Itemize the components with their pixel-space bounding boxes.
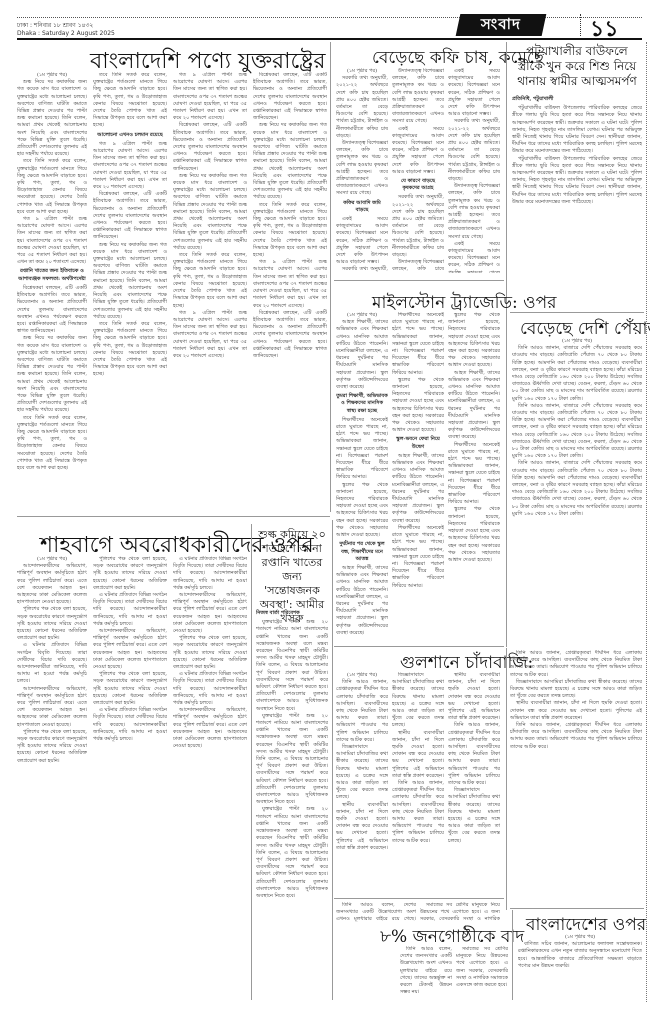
article-shahbag-col-2: পুলিশের পক্ষ থেকে বলা হয়েছে, সড়ক অবরোধ…: [93, 556, 167, 996]
section-divider: [334, 898, 504, 899]
article-paragraph: স্কুলের পক্ষ থেকে জানানো হয়েছে, নিহতদের…: [448, 506, 500, 564]
article-subhead: স্কুল-ভবনে ফেরা নিয়ে উদ্বেগ: [392, 436, 444, 450]
masthead-dotted-rule: [17, 17, 642, 18]
article-paragraph: পুলিশের পক্ষ থেকে বলা হয়েছে, সড়ক অবরোধ…: [17, 606, 87, 642]
article-shahbag-col-3: এ ঘটনার প্রতিবাদে বিভিন্ন সংগঠন বিবৃতি দ…: [173, 556, 247, 996]
date-bangla: ঢাকা : শনিবার ১৮ শ্রাবণ ১৪৩২: [17, 22, 115, 30]
column-divider: [506, 648, 507, 910]
masthead-rule: [17, 38, 642, 40]
article-paragraph: শিক্ষার্থীদের অনেকেই রাতে ঘুমাতে পারছে ন…: [392, 312, 444, 377]
newspaper-logo: সংবাদ: [456, 14, 547, 36]
article-paragraph: তিনি আরও জানান, গ্রেপ্তারকৃতরা দীর্ঘদিন …: [510, 722, 642, 751]
article-paragraph: আহত শিক্ষার্থী, তাদের অভিভাবক এবং শিক্ষক…: [448, 370, 500, 442]
article-paragraph: তিনি আরও জানান, গ্রেপ্তারকৃতরা দীর্ঘদিন …: [448, 722, 500, 787]
article-paragraph: সরকারি তথ্য অনুযায়ী, ২০২১-২২ অর্থবছরে দ…: [392, 194, 444, 259]
article-paragraph: একই সময়ে কাজুবাদামের আবাদ কমেছে। বিশেষজ…: [448, 68, 500, 118]
article-paragraph: স্কুলের পক্ষ থেকে জানানো হয়েছে, নিহতদের…: [392, 377, 444, 435]
article-us-tariff-col-4: বিশ্লেষকরা বলছেন, এটি একটি ইতিবাচক অগ্রগ…: [253, 72, 327, 512]
article-gulshan-col-4: তিনি আরও জানান, গ্রেপ্তারকৃতরা দীর্ঘদিন …: [510, 650, 642, 905]
article-paragraph: সরকারি তথ্য অনুযায়ী, ২০২১-২২ অর্থবছরে দ…: [448, 118, 500, 183]
article-paragraph: এ ঘটনার প্রতিবাদে বিভিন্ন সংগঠন বিবৃতি দ…: [17, 642, 87, 685]
article-subhead: দুর্ঘটনার পর থেকে স্কুল বন্ধ, শিক্ষার্থী…: [336, 541, 388, 563]
article-paragraph: বাণিজ্য সচিব জানান, আলোচনার ফলাফল সন্তোষ…: [518, 941, 642, 970]
article-paragraph: আন্দোলনকারীদের অভিযোগ, শান্তিপূর্ণ অবস্থ…: [173, 592, 247, 635]
article-bangladesh-on: (১ম পৃষ্ঠার পর) বাণিজ্য সচিব জানান, আলোচ…: [518, 934, 642, 1000]
continued-from-label: (১ম পৃষ্ঠার পর): [17, 72, 87, 79]
article-subhead: যে কারণে বাড়ছে কৃষকদের আগ্রহ: [392, 178, 444, 192]
article-paragraph: বিশ্লেষকরা বলছেন, এটি একটি ইতিবাচক অগ্রগ…: [93, 191, 167, 241]
article-paragraph: তিনি আরও জানান, গ্রেপ্তারকৃতরা দীর্ঘদিন …: [336, 679, 388, 744]
article-paragraph: তিনি আরও বলেন, দেশের জনসংখ্যার একটি উল্ল…: [400, 946, 452, 996]
article-paragraph: আন্দোলনকারীদের অভিযোগ, শান্তিপূর্ণ অবস্থ…: [173, 707, 247, 750]
article-paragraph: জিজ্ঞাসাবাদে আসামিরা চাঁদাবাজির কথা স্বী…: [392, 672, 444, 730]
headline-patuakhali: পটুয়াখালীর বাউফলে স্ত্রীকে খুন করে শিশু…: [512, 44, 642, 89]
article-paragraph: আহত শিক্ষার্থী, তাদের অভিভাবক এবং শিক্ষক…: [336, 319, 388, 391]
article-paragraph: সরকারি তথ্য অনুযায়ী, ২০২১-২২ অর্থবছরে দ…: [336, 266, 388, 273]
article-paragraph: তবে তিনি সতর্ক করে বলেন, যুক্তরাষ্ট্রের …: [17, 415, 87, 473]
article-us-tariff-col-1: (১ম পৃষ্ঠার পর) শুল্ক নিয়ে দর কষাকষির জ…: [17, 72, 87, 512]
article-paragraph: স্থানীয় ব্যবসায়ীরা জানান, চাঁদা না দিল…: [448, 672, 500, 722]
column-divider: [332, 520, 333, 1000]
article-milestone-col-1: (১ম পৃষ্ঠার পর) আহত শিক্ষার্থী, তাদের অভ…: [336, 312, 388, 637]
article-paragraph: শুল্ক নিয়ে দর কষাকষির জন্য গত কয়েক মাস…: [93, 242, 167, 321]
article-subhead: রপ্তানি খাতের জন্য ইতিবাচক ও আশাব্যঞ্জক …: [17, 268, 87, 282]
article-gulshan-col-2: জিজ্ঞাসাবাদে আসামিরা চাঁদাবাজির কথা স্বী…: [392, 672, 444, 892]
article-paragraph: পুলিশের পক্ষ থেকে বলা হয়েছে, সড়ক অবরোধ…: [93, 556, 167, 592]
article-paragraph: তিনি আরও জানান, বাজারে দেশি পেঁয়াজের সর…: [512, 403, 642, 461]
article-onion: (১ম পৃষ্ঠার পর) তিনি আরও জানান, বাজারে দ…: [512, 338, 642, 643]
article-paragraph: আন্দোলনকারীদের অভিযোগ, শান্তিপূর্ণ অবস্থ…: [17, 563, 87, 606]
column-divider: [512, 910, 513, 1000]
page-number-divider: [580, 14, 581, 36]
article-paragraph: স্থানীয় ব্যবসায়ীরা জানান, চাঁদা না দিল…: [336, 802, 388, 852]
article-paragraph: এ ঘটনার প্রতিবাদে বিভিন্ন সংগঠন বিবৃতি দ…: [173, 671, 247, 707]
article-eight-percent-col-1: তিনি আরও বলেন, দেশের জনসংখ্যার একটি উল্ল…: [400, 946, 452, 1002]
section-divider: [510, 908, 644, 909]
article-paragraph: শুল্ক নিয়ে দর কষাকষির জন্য গত কয়েক মাস…: [17, 79, 87, 158]
article-paragraph: তবে তিনি সতর্ক করে বলেন, যুক্তরাষ্ট্রের …: [253, 202, 327, 260]
article-paragraph: বিশ্লেষকরা বলছেন, এটি একটি ইতিবাচক অগ্রগ…: [253, 310, 327, 360]
dateline: ঢাকা : শনিবার ১৮ শ্রাবণ ১৪৩২ Dhaka : Sat…: [17, 22, 115, 38]
article-paragraph: সমাজের সব শ্রেণির মানুষকে নিয়ে উন্নয়নে…: [420, 902, 500, 922]
column-divider: [330, 42, 331, 512]
article-paragraph: শিক্ষার্থীদের অনেকেই রাতে ঘুমাতে পারছে ন…: [392, 525, 444, 590]
article-paragraph: তিনি আরও জানান, বাজারে দেশি পেঁয়াজের সর…: [512, 345, 642, 403]
article-paragraph: বিশ্লেষকরা বলছেন, এটি একটি ইতিবাচক অগ্রগ…: [173, 122, 247, 172]
article-paragraph: গত ৯ এপ্রিল পাল্টা শুল্ক আরোপের ঘোষণা আস…: [173, 310, 247, 360]
article-eight-percent-col-2: সমাজের সব শ্রেণির মানুষকে নিয়ে উন্নয়নে…: [456, 946, 508, 1002]
column-divider: [251, 524, 252, 1000]
article-paragraph: যুক্তরাষ্ট্রের পাল্টা শুল্ক ২০ শতাংশে না…: [256, 806, 328, 900]
article-paragraph: স্থানীয় ব্যবসায়ীরা জানান, চাঁদা না দিল…: [392, 730, 444, 780]
continued-from-label: (১ম পৃষ্ঠার পর): [336, 672, 388, 679]
article-paragraph: তবে তিনি সতর্ক করে বলেন, যুক্তরাষ্ট্রের …: [93, 72, 167, 130]
byline: নিজস্ব বার্তা পরিবেশক: [256, 610, 328, 617]
article-gulshan-col-1: (১ম পৃষ্ঠার পর) তিনি আরও জানান, গ্রেপ্তা…: [336, 672, 388, 892]
article-paragraph: উদ্যানতত্ত্ব বিশেষজ্ঞরা বলছেন, কফি চাষে …: [392, 68, 444, 126]
article-milestone-col-3: স্কুলের পক্ষ থেকে জানানো হয়েছে, নিহতদের…: [448, 312, 500, 637]
article-paragraph: গত ৯ এপ্রিল পাল্টা শুল্ক আরোপের ঘোষণা আস…: [17, 216, 87, 266]
article-paragraph: আহত শিক্ষার্থী, তাদের অভিভাবক এবং শিক্ষক…: [392, 453, 444, 525]
article-coffee-col-3: একই সময়ে কাজুবাদামের আবাদ কমেছে। বিশেষজ…: [448, 68, 500, 273]
article-paragraph: জিজ্ঞাসাবাদে আসামিরা চাঁদাবাজির কথা স্বী…: [336, 744, 388, 802]
article-paragraph: স্কুলের পক্ষ থেকে জানানো হয়েছে, নিহতদের…: [336, 482, 388, 540]
article-paragraph: পটুয়াখালীর বাউফল উপজেলায় পারিবারিক কলহ…: [512, 156, 642, 206]
logo-text: সংবাদ: [481, 13, 521, 38]
article-paragraph: এ ঘটনার প্রতিবাদে বিভিন্ন সংগঠন বিবৃতি দ…: [173, 556, 247, 592]
article-paragraph: তিনি আরও জানান, গ্রেপ্তারকৃতরা দীর্ঘদিন …: [510, 650, 642, 679]
article-paragraph: উদ্যানতত্ত্ব বিশেষজ্ঞরা বলছেন, কফি চাষে …: [448, 183, 500, 241]
article-paragraph: শিক্ষার্থীদের অনেকেই রাতে ঘুমাতে পারছে ন…: [448, 442, 500, 507]
article-paragraph: তবে তিনি সতর্ক করে বলেন, যুক্তরাষ্ট্রের …: [93, 321, 167, 379]
section-divider: [334, 280, 504, 281]
article-eight-percent-lead-2: সমাজের সব শ্রেণির মানুষকে নিয়ে উন্নয়নে…: [420, 902, 500, 922]
article-patuakhali: প্রতিনিধি, পটুয়াখালী পটুয়াখালীর বাউফল …: [512, 94, 642, 304]
article-milestone-col-2: শিক্ষার্থীদের অনেকেই রাতে ঘুমাতে পারছে ন…: [392, 312, 444, 637]
column-divider: [506, 42, 507, 647]
article-paragraph: শিক্ষার্থীদের অনেকেই রাতে ঘুমাতে পারছে ন…: [336, 417, 388, 482]
article-paragraph: জিজ্ঞাসাবাদে আসামিরা চাঁদাবাজির কথা স্বী…: [448, 787, 500, 845]
article-paragraph: যুক্তরাষ্ট্রের পাল্টা শুল্ক ২০ শতাংশে না…: [256, 619, 328, 713]
article-us-tariff-col-3: গত ৯ এপ্রিল পাল্টা শুল্ক আরোপের ঘোষণা আস…: [173, 72, 247, 512]
article-paragraph: আন্দোলনকারীদের অভিযোগ, শান্তিপূর্ণ অবস্থ…: [17, 686, 87, 729]
article-paragraph: তবে তিনি সতর্ক করে বলেন, যুক্তরাষ্ট্রের …: [173, 252, 247, 310]
article-paragraph: শুল্ক নিয়ে দর কষাকষির জন্য গত কয়েক মাস…: [253, 122, 327, 201]
article-paragraph: বিশ্লেষকরা বলছেন, এটি একটি ইতিবাচক অগ্রগ…: [17, 285, 87, 335]
article-paragraph: পুলিশের পক্ষ থেকে বলা হয়েছে, সড়ক অবরোধ…: [17, 729, 87, 765]
continued-from-label: (১ম পৃষ্ঠার পর): [518, 934, 642, 941]
article-paragraph: শুল্ক নিয়ে দর কষাকষির জন্য গত কয়েক মাস…: [17, 335, 87, 414]
article-paragraph: গত ৯ এপ্রিল পাল্টা শুল্ক আরোপের ঘোষণা আস…: [253, 259, 327, 309]
article-coffee-col-1: (১ম পৃষ্ঠার পর) সরকারি তথ্য অনুযায়ী, ২০…: [336, 68, 388, 273]
article-paragraph: বিশ্লেষকরা বলছেন, এটি একটি ইতিবাচক অগ্রগ…: [253, 72, 327, 122]
section-divider: [334, 646, 504, 647]
article-paragraph: পুলিশের পক্ষ থেকে বলা হয়েছে, সড়ক অবরোধ…: [93, 671, 167, 707]
article-tariff-relief: নিজস্ব বার্তা পরিবেশক যুক্তরাষ্ট্রের পাল…: [256, 608, 328, 998]
article-paragraph: আহত শিক্ষার্থী, তাদের অভিভাবক এবং শিক্ষক…: [336, 565, 388, 637]
article-eight-percent-lead: তিনি আরও বলেন, দেশের জনসংখ্যার একটি উল্ল…: [336, 902, 416, 922]
article-gulshan-col-3: স্থানীয় ব্যবসায়ীরা জানান, চাঁদা না দিল…: [448, 672, 500, 892]
byline: প্রতিনিধি, পটুয়াখালী: [512, 96, 642, 103]
article-paragraph: শুল্ক নিয়ে দর কষাকষির জন্য গত কয়েক মাস…: [173, 173, 247, 252]
article-paragraph: এ ঘটনার প্রতিবাদে বিভিন্ন সংগঠন বিবৃতি দ…: [93, 592, 167, 628]
article-paragraph: জিজ্ঞাসাবাদে আসামিরা চাঁদাবাজির কথা স্বী…: [510, 679, 642, 701]
article-paragraph: সমাজের সব শ্রেণির মানুষকে নিয়ে উন্নয়নে…: [456, 946, 508, 989]
article-paragraph: সরকারি তথ্য অনুযায়ী, ২০২১-২২ অর্থবছরে দ…: [336, 75, 388, 140]
article-paragraph: গত ৯ এপ্রিল পাল্টা শুল্ক আরোপের ঘোষণা আস…: [173, 72, 247, 122]
article-paragraph: একই সময়ে কাজুবাদামের আবাদ কমেছে। বিশেষজ…: [336, 216, 388, 266]
article-paragraph: তিনি আরও বলেন, দেশের জনসংখ্যার একটি উল্ল…: [336, 902, 416, 922]
article-paragraph: তিনি আরও জানান, গ্রেপ্তারকৃতরা দীর্ঘদিন …: [392, 780, 444, 845]
article-paragraph: তবে তিনি সতর্ক করে বলেন, যুক্তরাষ্ট্রের …: [17, 158, 87, 216]
article-us-tariff-col-2: তবে তিনি সতর্ক করে বলেন, যুক্তরাষ্ট্রের …: [93, 72, 167, 512]
section-divider: [17, 516, 330, 517]
article-paragraph: পুলিশের পক্ষ থেকে বলা হয়েছে, সড়ক অবরোধ…: [173, 635, 247, 671]
article-paragraph: উদ্যানতত্ত্ব বিশেষজ্ঞরা বলছেন, কফি চাষে …: [336, 140, 388, 198]
article-subhead: তুমরা শিক্ষার্থী, অভিভাবক ও শিক্ষকদের মা…: [336, 393, 388, 415]
article-paragraph: যুক্তরাষ্ট্রের পাল্টা শুল্ক ২০ শতাংশে না…: [256, 713, 328, 807]
article-coffee-col-2: উদ্যানতত্ত্ব বিশেষজ্ঞরা বলছেন, কফি চাষে …: [392, 68, 444, 273]
article-paragraph: এ ঘটনার প্রতিবাদে বিভিন্ন সংগঠন বিবৃতি দ…: [93, 707, 167, 743]
date-english: Dhaka : Saturday 2 August 2025: [17, 30, 115, 38]
article-paragraph: উদ্যানতত্ত্ব বিশেষজ্ঞরা বলছেন, কফি চাষে …: [392, 259, 444, 273]
article-paragraph: পটুয়াখালীর বাউফল উপজেলায় পারিবারিক কলহ…: [512, 105, 642, 155]
article-paragraph: আন্দোলনকারীদের অভিযোগ, শান্তিপূর্ণ অবস্থ…: [93, 628, 167, 671]
article-paragraph: একই সময়ে কাজুবাদামের আবাদ কমেছে। বিশেষজ…: [448, 241, 500, 273]
article-paragraph: গত ৯ এপ্রিল পাল্টা শুল্ক আরোপের ঘোষণা আস…: [93, 141, 167, 191]
article-paragraph: তিনি আরও জানান, বাজারে দেশি পেঁয়াজের সর…: [512, 460, 642, 518]
article-paragraph: স্থানীয় ব্যবসায়ীরা জানান, চাঁদা না দিল…: [510, 700, 642, 722]
article-paragraph: স্কুলের পক্ষ থেকে জানানো হয়েছে, নিহতদের…: [448, 312, 500, 370]
page-edge-rule: [646, 42, 647, 1002]
article-subhead: আলোচনা এখনও চলমান রয়েছে: [93, 132, 167, 139]
article-subhead: কফির আবাদি জমি বাড়ছে: [336, 200, 388, 214]
article-paragraph: একই সময়ে কাজুবাদামের আবাদ কমেছে। বিশেষজ…: [392, 126, 444, 176]
article-shahbag-col-1: (১ম পৃষ্ঠার পর) আন্দোলনকারীদের অভিযোগ, শ…: [17, 556, 87, 996]
